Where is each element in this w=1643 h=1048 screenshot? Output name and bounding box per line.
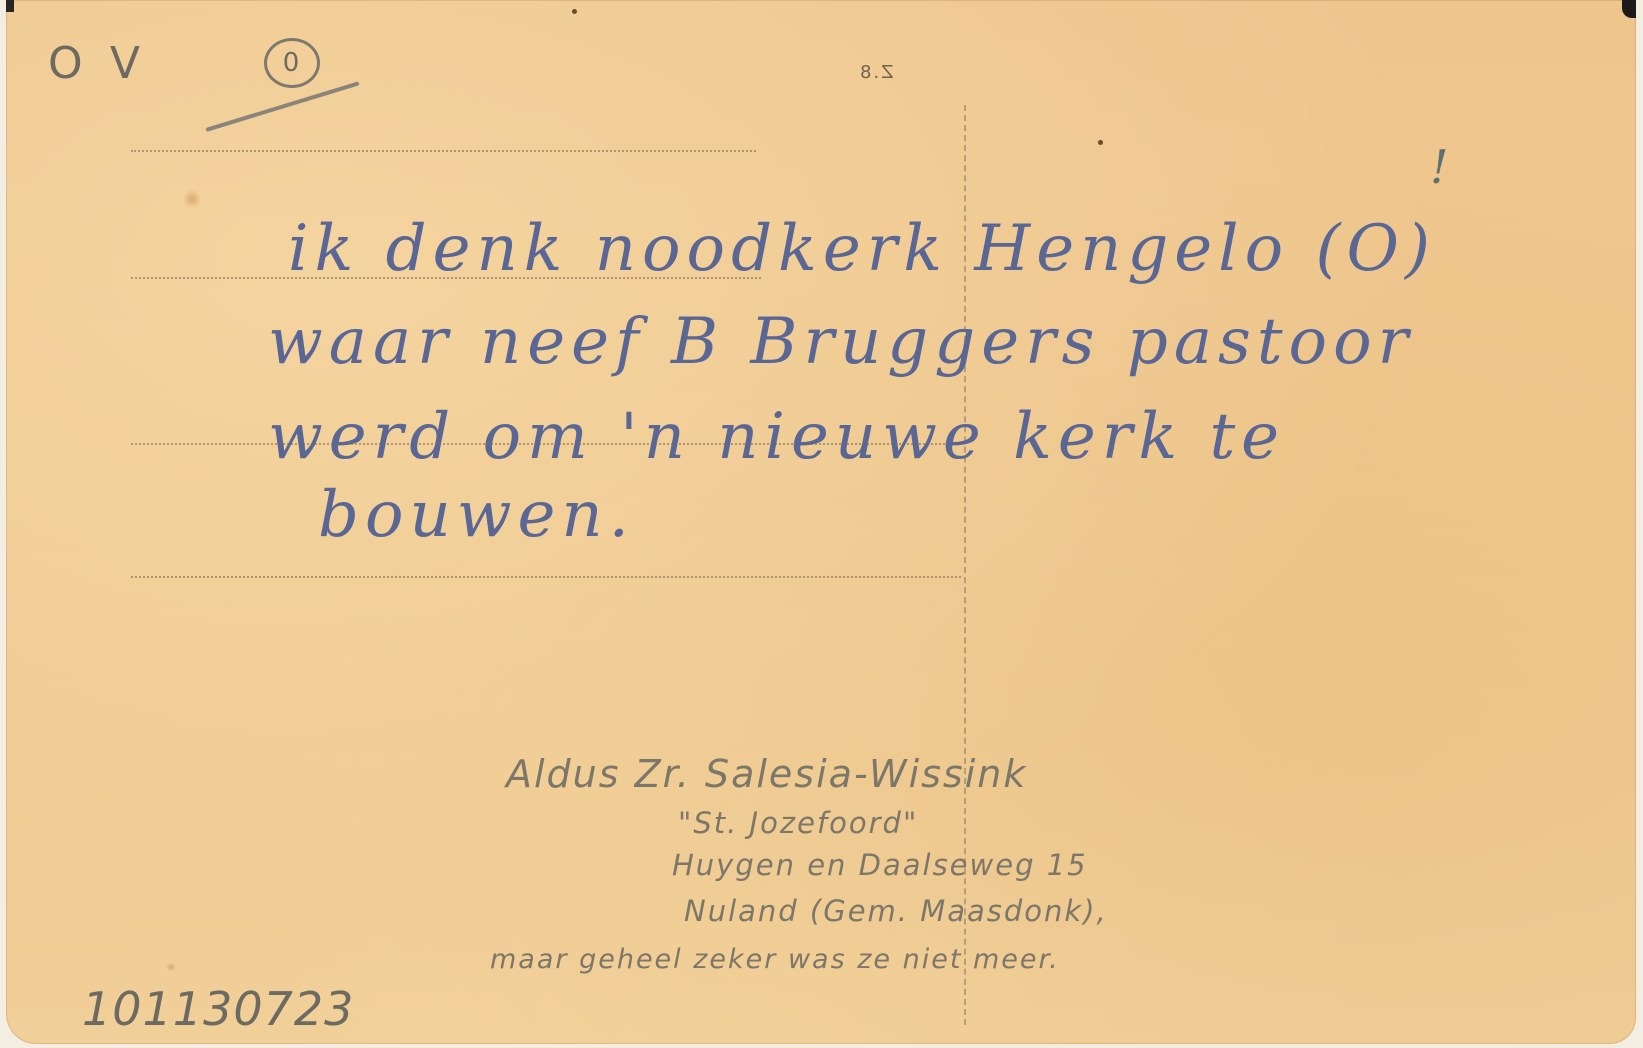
annotation-line-1: Aldus Zr. Salesia-Wissink: [506, 752, 1027, 796]
annotation-line-5: maar geheel zeker was ze niet meer.: [490, 944, 1060, 975]
postcard-back: OV 0 Z.8 ! ik denk noodkerk Hengelo (O) …: [6, 0, 1636, 1044]
message-line-3: werd om 'n nieuwe kerk te: [268, 400, 1285, 474]
circled-zero-text: 0: [283, 48, 302, 78]
speck: [572, 9, 577, 14]
stain: [184, 188, 200, 210]
stain: [166, 962, 176, 972]
annotation-line-4: Nuland (Gem. Maasdonk),: [684, 894, 1108, 928]
rule-line-4: [131, 576, 961, 578]
circled-zero-mark: 0: [264, 38, 320, 88]
scan-edge-left: [6, 0, 14, 12]
annotation-line-2: "St. Jozefoord": [678, 806, 918, 840]
rule-line-1: [131, 150, 756, 152]
message-line-4: bouwen.: [318, 478, 635, 552]
printed-code: Z.8: [858, 62, 894, 83]
speck: [1098, 140, 1103, 145]
catalog-number: 101130723: [82, 982, 354, 1036]
annotation-line-3: Huygen en Daalseweg 15: [672, 848, 1088, 882]
ov-mark: OV: [48, 38, 168, 89]
pencil-stroke: [205, 81, 359, 132]
message-line-2: waar neef B Bruggers pastoor: [268, 305, 1414, 379]
scan-edge-right: [1622, 0, 1636, 18]
exclamation-mark: !: [1430, 140, 1449, 194]
message-line-1: ik denk noodkerk Hengelo (O): [288, 212, 1436, 286]
